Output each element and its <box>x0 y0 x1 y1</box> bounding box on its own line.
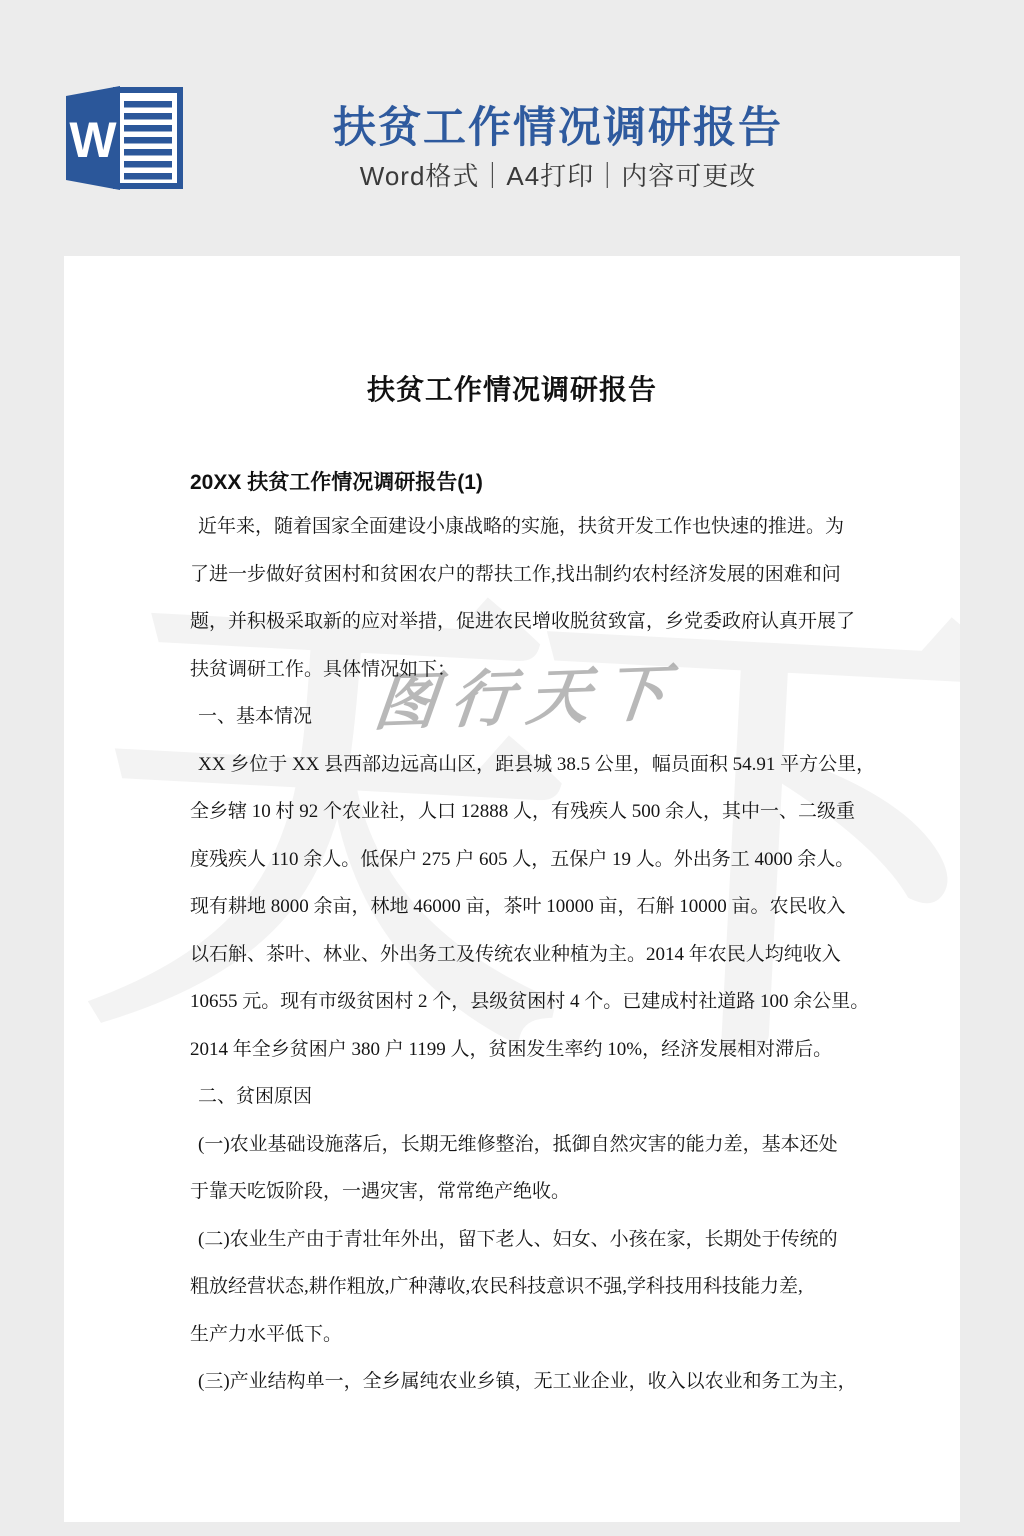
doc-line: 题，并积极采取新的应对举措，促进农民增收脱贫致富，乡党委政府认真开展了 <box>190 598 834 646</box>
doc-line: (三)产业结构单一，全乡属纯农业乡镇，无工业企业，收入以农业和务工为主， <box>190 1358 834 1406</box>
document-body: 近年来，随着国家全面建设小康战略的实施，扶贫开发工作也快速的推进。为了进一步做好… <box>190 503 834 1406</box>
site-header: W 扶贫工作情况调研报告 Word格式｜A4打印｜内容可更改 <box>0 0 1024 256</box>
doc-line: 2014 年全乡贫困户 380 户 1199 人，贫困发生率约 10%，经济发展… <box>190 1026 834 1074</box>
doc-line: 了进一步做好贫困村和贫困农户的帮扶工作,找出制约农村经济发展的困难和问 <box>190 551 834 599</box>
doc-line: (二)农业生产由于青壮年外出，留下老人、妇女、小孩在家，长期处于传统的 <box>190 1216 834 1264</box>
doc-line: 于靠天吃饭阶段，一遇灾害，常常绝产绝收。 <box>190 1168 834 1216</box>
doc-line: 度残疾人 110 余人。低保户 275 户 605 人，五保户 19 人。外出务… <box>190 836 834 884</box>
doc-line: 现有耕地 8000 余亩，林地 46000 亩，茶叶 10000 亩，石斛 10… <box>190 883 834 931</box>
doc-line: 以石斛、茶叶、林业、外出务工及传统农业种植为主。2014 年农民人均纯收入 <box>190 931 834 979</box>
doc-line: 扶贫调研工作。具体情况如下： <box>190 646 834 694</box>
document-title: 扶贫工作情况调研报告 <box>64 368 960 408</box>
doc-line: XX 乡位于 XX 县西部边远高山区，距县城 38.5 公里，幅员面积 54.9… <box>190 741 834 789</box>
page-subtitle: Word格式｜A4打印｜内容可更改 <box>92 156 1024 193</box>
doc-line: 粗放经营状态,耕作粗放,广种薄收,农民科技意识不强,学科技用科技能力差, <box>190 1263 834 1311</box>
doc-line: 生产力水平低下。 <box>190 1311 834 1359</box>
doc-line: 全乡辖 10 村 92 个农业社，人口 12888 人，有残疾人 500 余人，… <box>190 788 834 836</box>
doc-line: (一)农业基础设施落后，长期无维修整治，抵御自然灾害的能力差，基本还处 <box>190 1121 834 1169</box>
page-title: 扶贫工作情况调研报告 <box>92 94 1024 155</box>
document-heading: 20XX 扶贫工作情况调研报告(1) <box>190 466 483 496</box>
doc-line: 10655 元。现有市级贫困村 2 个，县级贫困村 4 个。已建成村社道路 10… <box>190 978 834 1026</box>
document-page: 天下 图行天下 扶贫工作情况调研报告 20XX 扶贫工作情况调研报告(1) 近年… <box>64 256 960 1522</box>
template-preview-page: { "header": { "title": "扶贫工作情况调研报告", "su… <box>0 0 1024 1536</box>
doc-line: 二、贫困原因 <box>190 1073 834 1121</box>
doc-line: 近年来，随着国家全面建设小康战略的实施，扶贫开发工作也快速的推进。为 <box>190 503 834 551</box>
doc-line: 一、基本情况 <box>190 693 834 741</box>
